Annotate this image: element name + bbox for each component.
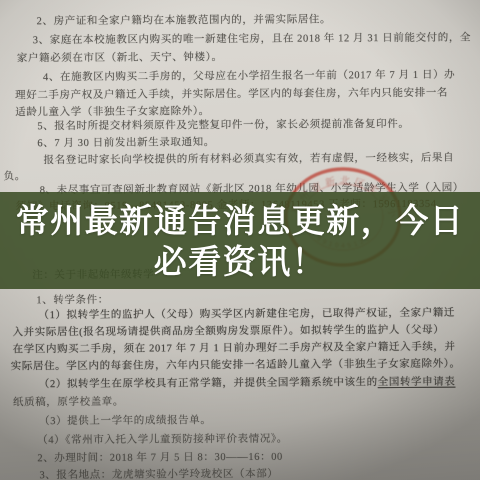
- document-line-19: （2）拟转学生在原学校具有正常学籍，并提供全国学籍系统中该生的全国转学申请表: [39, 374, 456, 392]
- document-line-15: （1）拟转学生的监护人（父母）购买学区内新建住宅房，已取得产权证，全家户籍迁: [38, 305, 455, 323]
- document-line-17: 在学区内购买二手房，须在 2017 年 7 月 1 日前办理好二手房产权及全家户…: [13, 339, 456, 357]
- document-line-04: 4、在施教区内购买二手房的，父母应在小学招生报名一年前（2017 年 7 月 1…: [43, 67, 455, 85]
- document-line-10: 负。: [4, 168, 26, 183]
- headline-line2: 必看资讯！: [154, 241, 327, 282]
- news-thumbnail-photo: 2、房产证和全家户籍均在本施教范围内的，并需实际居住。 3、家庭在本校施教区内购…: [0, 0, 480, 480]
- document-line-05: 理好二手房产权及户籍迁入手续，并实际居住。学区内的每套住房，六年内只能安排一名: [15, 85, 448, 103]
- document-line-07: 5、报名时所提交材料须原件及完整复印件一份，家长必须提前准备复印件。: [37, 116, 409, 133]
- document-line-02: 3、家庭在本校施教区内购买的唯一新建住宅房，且在 2018 年 12 月 31 …: [33, 30, 471, 48]
- document-line-22: （4）《常州市入托入学儿童预防接种评价表情况》。: [37, 431, 288, 448]
- document-line-16: 入并实际居住(报名现场请提供商品房全额购房发票原件）。如拟转学生的监护人（父母）: [13, 322, 445, 340]
- headline-overlay-banner: 常州最新通告消息更新，今日 必看资讯！: [0, 192, 480, 289]
- document-line-01: 2、房产证和全家户籍均在本施教范围内的，并需实际居住。: [37, 11, 332, 28]
- document-line-21: （3）提供上一学年的成绩报告单。: [39, 412, 211, 428]
- document-line-18: 实际居住。学区内的每套住房，六年内只能安排一名适龄儿童入学（非独生子女家庭除外）…: [11, 356, 461, 374]
- document-line-20: 纸质稿，原学校盖章。: [13, 394, 124, 410]
- document-line-23: 2、办理时间：2018 年 7 月 5 日 8：30——16：00: [37, 449, 283, 465]
- headline-line1: 常州最新通告消息更新，今日: [16, 200, 465, 241]
- document-line-19-text: （2）拟转学生在原学校具有正常学籍，并提供全国学籍系统中该生的: [39, 377, 378, 390]
- document-line-24: 3、报名地点：龙虎塘实验小学玲珑校区（本部）: [39, 466, 278, 480]
- document-line-14: 1、转学条件：: [36, 292, 109, 307]
- document-line-03: 家户籍必须在市区（新北、天宁、钟楼）。: [17, 49, 223, 65]
- underlined-transfer-form-text: 全国转学申请表: [378, 377, 456, 388]
- document-line-08: 6、7 月 30 日前发出新生录取通知。: [37, 134, 214, 150]
